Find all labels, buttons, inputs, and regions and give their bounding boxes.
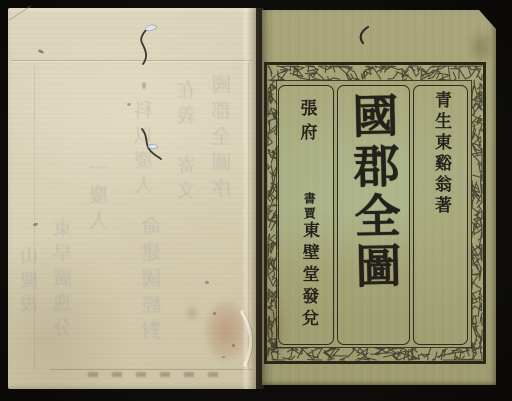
paper-speck xyxy=(127,103,131,106)
panel-publisher: 張府 書賈 東壁堂發兌 xyxy=(278,85,334,345)
paper-speck xyxy=(33,222,39,227)
paper-speck xyxy=(38,49,45,54)
faint-edge-marks xyxy=(88,372,220,377)
paper-speck xyxy=(142,82,146,89)
author-attribution: 青生東谿翁著 xyxy=(432,91,449,217)
book-photo: 國郡全圖序在義 寄文科以慶人命建國經對一慶人東早廣逸分山慶浚 xyxy=(0,0,512,401)
seller-prefix: 書賈 xyxy=(303,192,315,222)
bleedthrough-column: 東早廣逸分 xyxy=(55,218,74,343)
cover-scuff xyxy=(468,28,494,66)
book-cover: 張府 書賈 東壁堂發兌 國郡全圖 青生東谿翁著 xyxy=(262,10,496,385)
book-title: 國郡全圖 xyxy=(348,92,398,293)
stain-speck xyxy=(232,344,235,347)
bleedthrough-column: 一慶人 xyxy=(90,158,110,236)
corner-fold-line xyxy=(9,6,31,21)
bleedthrough-column: 命建國經對 xyxy=(143,216,163,346)
bleedthrough-column: 山慶浚 xyxy=(22,246,40,318)
owner-label: 張府 xyxy=(298,99,315,147)
worm-trail-mark xyxy=(134,20,160,66)
publisher-name: 東壁堂發兌 xyxy=(298,221,317,331)
crackle-frame: 張府 書賈 東壁堂發兌 國郡全圖 青生東谿翁著 xyxy=(264,62,486,364)
page-gutter xyxy=(242,8,264,389)
brush-hook-mark xyxy=(356,25,372,45)
stain-speck xyxy=(213,312,216,315)
faint-frame-bottom xyxy=(50,369,253,370)
panel-title: 國郡全圖 xyxy=(337,85,410,345)
stain-speck xyxy=(222,356,225,358)
panel-author: 青生東谿翁著 xyxy=(413,85,468,345)
left-page: 國郡全圖序在義 寄文科以慶人命建國經對一慶人東早廣逸分山慶浚 xyxy=(8,8,256,389)
bleedthrough-column: 在義 寄文 xyxy=(179,80,198,205)
faint-frame-left xyxy=(34,64,35,369)
bleedthrough-column: 國郡全圖序 xyxy=(213,74,233,204)
brown-stain-small xyxy=(184,304,200,322)
paper-speck xyxy=(205,281,209,284)
worm-trail-mark xyxy=(136,126,164,162)
page-crease-line xyxy=(11,60,253,61)
